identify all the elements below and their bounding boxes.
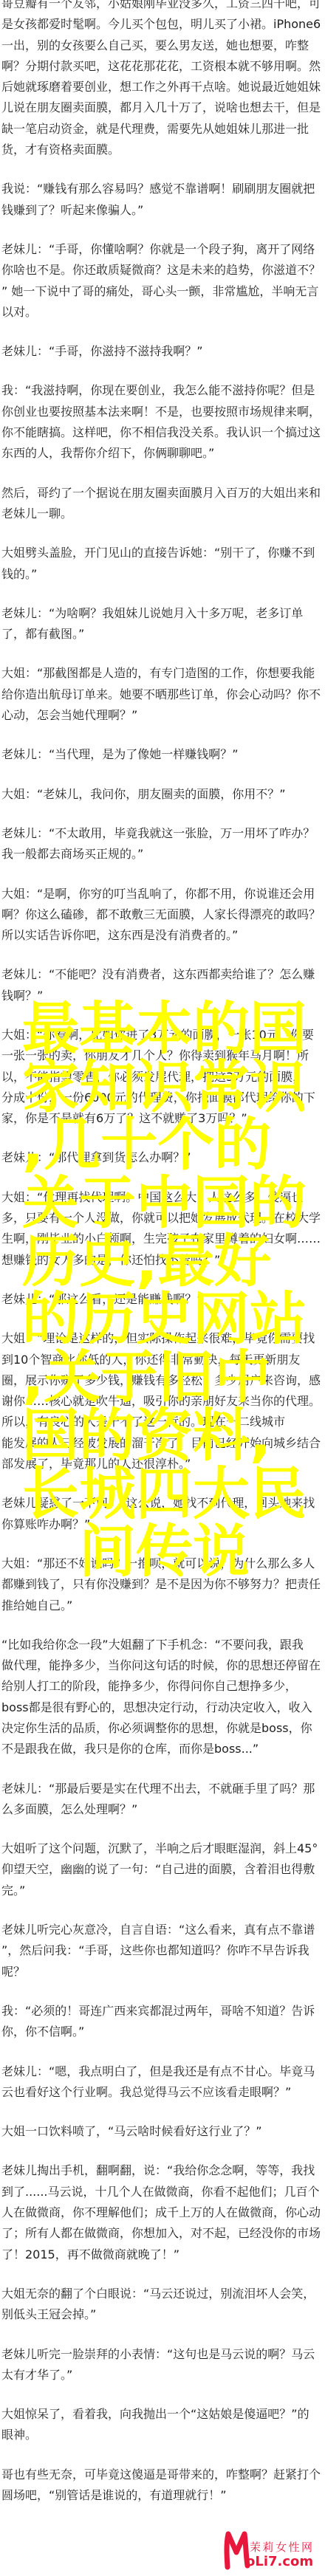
text-line: 想赚钱的女人多的是，你还怕找不着吗？” (1, 1250, 325, 1271)
text-line: 你，你不信啊。” (1, 2022, 325, 2042)
text-line: 老妹儿听完心灰意冷，自言自语：“这么看来，真有点不靠谱 (1, 1920, 325, 1940)
paragraph: 大姐惊呆了，看着我，向我抛出一个“这姑娘是傻逼吧？”的眼神。 (1, 2404, 325, 2446)
text-line: 是女孩都爱时髦啊。今儿买个包包，明儿买了小裙。iPhone6 (1, 14, 325, 35)
paragraph: 我：“必须的！哥连广西来宾都混过两年，哥啥不知道？告诉你，你不信啊。” (1, 2001, 325, 2043)
text-line: 你啥也不是。你还敢质疑微商？这是未来的趋势，你滋道不？ (1, 260, 325, 281)
text-line: 啊？分期付款买吧，这花花那花花，工资根本就不够用啊。然 (1, 56, 325, 77)
paragraph: 然后，哥约了一个据说在朋友圈卖面膜月入百万的大姐出来和老妹儿一聊。 (1, 483, 325, 525)
paragraph: “比如我给你念一段”大姐翻了下手机念：“不要问我，跟我做代理，能挣多少，当你问这… (1, 1635, 325, 1760)
text-line: 老妹儿：“不能吧？没有消费者，这东西都卖给谁了？怎么赚 (1, 964, 325, 985)
text-line: 大姐无奈的翻了个白眼说：“马云还说过，别流泪坏人会笑， (1, 2284, 325, 2304)
text-line: 圈，展示你赚了多少钱，赚钱有多轻松，多少用户来咨询，感 (1, 1370, 325, 1391)
text-line: 给你造出航母订单来。她要不晒那些订单，你会心动吗？你不 (1, 684, 325, 705)
text-line: 太有才华了。” (1, 2365, 325, 2386)
text-line: boss都是很有野心的，思想决定行动，行动决定收入，收入 (1, 1697, 325, 1718)
paragraph: 我说：“赚钱有那么容易吗？感觉不靠谱啊！刷刷朋友圈就把钱赚到了？听起来像骗人。” (1, 179, 325, 221)
text-line: 所以实话告诉你吧，这东西是没有消费者的。” (1, 925, 325, 946)
text-line: 所以，有良心的人是干不了这一行的。现在一二线城市 (1, 1412, 325, 1432)
text-line: 钱啊？” (1, 986, 325, 1006)
text-line: 给别人打工的阶段，能挣多少，你得问你自己想挣多少， (1, 1676, 325, 1697)
text-line: 老妹儿：“那这么看，还是能赚钱啊？” (1, 1289, 325, 1310)
text-line: 老妹儿掏出手机，翻啊翻，说：“我给你念念啊，等等，我找 (1, 2160, 325, 2181)
text-line: 你算账咋办啊？” (1, 1514, 325, 1535)
text-line: 大姐：“理论是这样的，但实际操作起来很难，毕竟你需要找 (1, 1328, 325, 1349)
text-line: 家，你是不是就有6万了？这不就赚了3万吗？” (1, 1108, 325, 1129)
text-line: 哥也有些无奈，可毕竟这傻逼是哥带来的，咋整啊？赶紧打个 (1, 2465, 325, 2485)
paragraph: 老妹儿听完一脸崇拜的小表情：“这句也是马云说的啊？马云太有才华了。” (1, 2344, 325, 2386)
text-line: ” 她一下说中了哥的痛处，哥心头一颤，非常尴尬，半响无言 (1, 281, 325, 302)
text-line: ”，然后问我：“手哥，这些你也都知道吗？你咋不早告诉我 (1, 1940, 325, 1961)
text-line: 我一般都去商场买正规的。” (1, 844, 325, 865)
paragraph: 大姐：“是啊，你穷的叮当乱响了，你都不用，你说谁还会用啊？你这么磕碜，都不敢敷三… (1, 884, 325, 947)
watermark-site-name: 茉莉女性网 (250, 2541, 315, 2554)
paragraph: 老妹儿：“不太敢用，毕竟我就这一张脸，万一用坏了咋办？我一般都去商场买正规的。” (1, 823, 325, 865)
paragraph: 我：“我滋持啊，你现在要创业，我怎么能不滋持你呢？但是你创业也要按照基本法来啊！… (1, 380, 325, 464)
text-line: 老妹儿：“当代理，是为了像她一样赚钱啊？” (1, 744, 325, 765)
text-line: 大姐惊呆了，看着我，向我抛出一个“这姑娘是傻逼吧？”的 (1, 2404, 325, 2425)
text-line: 能发展的人已经被发展的溜干净了，目前已经开始向城乡结合 (1, 1433, 325, 1454)
paragraph: 大姐无奈的翻了个白眼说：“马云还说过，别流泪坏人会笑，别低头王冠会掉。” (1, 2284, 325, 2326)
text-line: 以，不能指望零售，你必须发展代理，把这3万元的面膜， (1, 1067, 325, 1088)
text-line: 到10个智商比你低的人，你还得非常勤快，每天更新朋友 (1, 1350, 325, 1370)
text-line: 大姐：“老妹儿，我问你，朋友圈卖的面膜，你用不？” (1, 784, 325, 805)
text-line: 后她就琢磨着要创业，想工作之外再干点啥。她说最近她姐妹 (1, 77, 325, 97)
watermark-domain: oLi7.com (246, 2554, 313, 2570)
text-line: 部发展了，毕竟那儿的人还很淳朴。” (1, 1454, 325, 1474)
text-line: 云也看好这个行业啊。我总觉得马云不应该看走眼啊？” (1, 2082, 325, 2103)
paragraph: 大姐：“理论是这样的，但实际操作起来很难，毕竟你需要找到10个智商比你低的人，你… (1, 1328, 325, 1474)
text-line: 我：“我滋持啊，你现在要创业，我怎么能不滋持你呢？但是 (1, 380, 325, 401)
text-line: 么多面膜，怎么处理啊？” (1, 1799, 325, 1820)
text-line: 大姐：“那还不好说吗？一推呗，就可以说，为什么那么多人 (1, 1553, 325, 1574)
text-line: 一出，别的女孩要么自己买，要么男友送，她也想要，咋整 (1, 35, 325, 56)
paragraph: 老妹儿疑惑了一下问：“这么说，她找不到代理，回头她来找你算账咋办啊？” (1, 1493, 325, 1535)
text-line: 老妹儿：“不太敢用，毕竟我就这一张脸，万一用坏了咋办？ (1, 823, 325, 844)
text-line: 老妹儿听完一脸崇拜的小表情：“这句也是马云说的啊？马云 (1, 2344, 325, 2365)
text-line: 生啊，刚毕业的小白领啊，生完孩子在家里蹲着的妇女啊…… (1, 1229, 325, 1249)
paragraph: 老妹儿：“那代理拿到货怎么办啊？” (1, 1147, 325, 1168)
text-line: 老妹儿：“那最后要是实在代理不出去，不就砸手里了吗？那 (1, 1779, 325, 1799)
paragraph: 老妹儿：“为啥啊？我姐妹儿说她月入十多万呢，老多订单了，都有截图。” (1, 603, 325, 645)
text-line: 你创业也要按照基本法来啊！不是，也要按照市场规律来啊， (1, 402, 325, 422)
text-line: 啊？你这么磕碜，都不敢敷三无面膜，人家长得漂亮的敢吗？ (1, 904, 325, 925)
paragraph: 老妹儿：“当代理，是为了像她一样赚钱啊？” (1, 744, 325, 765)
site-watermark: 茉莉女性网 oLi7.com (222, 2529, 318, 2573)
text-line: 决定你生活的品质，你必须调整你的思想，你就是boss，你 (1, 1718, 325, 1739)
text-line: 了！2015，再不做微商就晚了！” (1, 2244, 325, 2265)
paragraph: 大姐：“那还不好说吗？一推呗，就可以说，为什么那么多人都赚到钱了，只有你没赚到？… (1, 1553, 325, 1616)
text-line: 大姐：“是啊，你穷的叮当乱响了，你都不用，你说谁还会用 (1, 884, 325, 904)
text-line: 大姐听了这个问题，沉默了，半响之后才眼眶湿润，斜上45° (1, 1838, 325, 1859)
text-line: 大姐劈头盖脸，开门见山的直接告诉她：“别干了，你赚不到 (1, 543, 325, 563)
text-line: 我说：“赚钱有那么容易吗？感觉不靠谱啊！刷刷朋友圈就把 (1, 179, 325, 199)
text-line: 做代理，能挣多少，当你问这句话的时候，你的思想还停留在 (1, 1655, 325, 1676)
text-line: 你不能瞎搞。这样吧，你不相信我没关系。我认识一个搞过这 (1, 422, 325, 443)
text-line: 别低头王冠会掉。” (1, 2304, 325, 2325)
text-line: 钱的。” (1, 564, 325, 585)
paragraph: 老妹儿：“不能吧？没有消费者，这东西都卖给谁了？怎么赚钱啊？” (1, 964, 325, 1006)
text-line: 老妹儿：“手哥，你滋持不滋持我啊？” (1, 341, 325, 362)
text-line: 了，都有截图。” (1, 624, 325, 645)
text-line: 货，才有资格卖面膜。 (1, 140, 325, 160)
paragraph: 哥也有些无奈，可毕竟这傻逼是哥带来的，咋整啊？赶紧打个圆场吧，“别管话是谁说的，… (1, 2465, 325, 2507)
paragraph: 大姐听了这个问题，沉默了，半响之后才眼眶湿润，斜上45°仰望天空，幽幽的说了一句… (1, 1838, 325, 1901)
text-line: 老妹儿：“为啥啊？我姐妹儿说她月入十多万呢，老多订单 (1, 603, 325, 624)
text-line: 哥豆瓣有一个友邻，小姑娘刚毕业没多久，工资三四千吧，可 (1, 0, 325, 14)
text-line: 人在做微商，你不理解他们；成千上万的人在做微商，你心动 (1, 2202, 325, 2223)
text-line: 心动，怎会当她代理啊？” (1, 705, 325, 726)
text-line: 眼神。 (1, 2425, 325, 2445)
article-body: 哥豆瓣有一个友邻，小姑娘刚毕业没多久，工资三四千吧，可是女孩都爱时髦啊。今儿买个… (1, 0, 325, 2524)
paragraph: 老妹儿：“手哥，你滋持不滋持我啊？” (1, 341, 325, 362)
paragraph: 老妹儿：“那这么看，还是能赚钱啊？” (1, 1289, 325, 1310)
text-line: 然后，哥约了一个据说在朋友圈卖面膜月入百万的大姐出来和 (1, 483, 325, 504)
paragraph: 老妹儿掏出手机，翻啊翻，说：“我给你念念啊，等等，我找到了......马云说，十… (1, 2160, 325, 2264)
text-line: 一张一张的卖，你朋友才几个人？你得卖到猴年马月啊！所 (1, 1045, 325, 1066)
text-line: 都赚到钱了，只有你没赚到？是不是因为你不够努力？把责任 (1, 1574, 325, 1595)
paragraph: 大姐：“你看啊，比如你进了3万元的面膜，一张10元，你要一张一张的卖，你朋友才几… (1, 1025, 325, 1129)
paragraph: 大姐：“代理再找代理啊。中国这么大，人这么多，傻逼也多，只要有一个人没做，你就可… (1, 1187, 325, 1271)
text-line: 多，只要有一个人没做，你就可以把她发展成代理。在校大学 (1, 1208, 325, 1229)
text-line: 儿说在朋友圈卖面膜，都月入几十万了，说啥也想去干，但是 (1, 97, 325, 118)
paragraph: 大姐：“老妹儿，我问你，朋友圈卖的面膜，你用不？” (1, 784, 325, 805)
paragraph: 哥豆瓣有一个友邻，小姑娘刚毕业没多久，工资三四千吧，可是女孩都爱时髦啊。今儿买个… (1, 0, 325, 160)
text-line: 缺一笔启动资金，就是代理费，需要先从她姐妹儿那进一批 (1, 119, 325, 140)
paragraph: 老妹儿听完心灰意冷，自言自语：“这么看来，真有点不靠谱”，然后问我：“手哥，这些… (1, 1920, 325, 1982)
text-line: 我：“必须的！哥连广西来宾都混过两年，哥啥不知道？告诉 (1, 2001, 325, 2022)
text-line: 到了......马云说，十几个人在做微商，你看不起他们；几百个 (1, 2182, 325, 2202)
text-line: 老妹儿：“手哥，你懂啥啊？你就是一个段子狗，离开了网络 (1, 239, 325, 260)
text-line: 呢？ (1, 1962, 325, 1982)
text-line: 以对。 (1, 302, 325, 323)
paragraph: 大姐劈头盖脸，开门见山的直接告诉她：“别干了，你赚不到钱的。” (1, 543, 325, 585)
text-line: 分成十份，一份6000元的代理费，你把面膜都代理给你的下 (1, 1088, 325, 1108)
text-line: 谢你……核心就是吹牛逼，吸引你的亲朋好友来当你的代理。 (1, 1391, 325, 1412)
text-line: 钱赚到了？听起来像骗人。” (1, 200, 325, 221)
text-line: 老妹儿：“嗯，我点明白了，但是我还是有点不甘心。毕竟马 (1, 2061, 325, 2082)
paragraph: 老妹儿：“那最后要是实在代理不出去，不就砸手里了吗？那么多面膜，怎么处理啊？” (1, 1779, 325, 1821)
paragraph: 老妹儿：“手哥，你懂啥啊？你就是一个段子狗，离开了网络你啥也不是。你还敢质疑微商… (1, 239, 325, 323)
text-line: 老妹儿：“那代理拿到货怎么办啊？” (1, 1147, 325, 1168)
text-line: 大姐：“代理再找代理啊。中国这么大，人这么多，傻逼也 (1, 1187, 325, 1208)
text-line: 老妹儿疑惑了一下问：“这么说，她找不到代理，回头她来找 (1, 1493, 325, 1514)
text-line: 仰望天空，幽幽的说了一句：“自己进的面膜，含着泪也得敷 (1, 1859, 325, 1880)
text-line: 老妹儿一聊。 (1, 504, 325, 524)
text-line: 东西的人，我帮你介绍下，你俩聊聊吧。” (1, 443, 325, 464)
text-line: 大姐一口饮料喷了，“马云啥时候看好这行业了？” (1, 2121, 325, 2142)
text-line: 大姐：“你看啊，比如你进了3万元的面膜，一张10元，你要 (1, 1025, 325, 1045)
text-line: 推给她自己。” (1, 1596, 325, 1616)
paragraph: 大姐：“那截图都是人造的，有专门造图的工作，你想要我能给你造出航母订单来。她要不… (1, 663, 325, 726)
paragraph: 老妹儿：“嗯，我点明白了，但是我还是有点不甘心。毕竟马云也看好这个行业啊。我总觉… (1, 2061, 325, 2103)
text-line: “比如我给你念一段”大姐翻了下手机念：“不要问我，跟我 (1, 1635, 325, 1655)
text-line: 圆场吧，“别管话是谁说的，有道理就行！” (1, 2485, 325, 2506)
text-line: 大姐：“那截图都是人造的，有专门造图的工作，你想要我能 (1, 663, 325, 684)
text-line: 了；所有人都在做微商，你想加入，对不起，已经没你的市场 (1, 2223, 325, 2244)
paragraph: 大姐一口饮料喷了，“马云啥时候看好这行业了？” (1, 2121, 325, 2142)
text-line: 完。” (1, 1881, 325, 1901)
text-line: 不是跟我在做，我只是你的仓库，而你是boss...” (1, 1739, 325, 1759)
